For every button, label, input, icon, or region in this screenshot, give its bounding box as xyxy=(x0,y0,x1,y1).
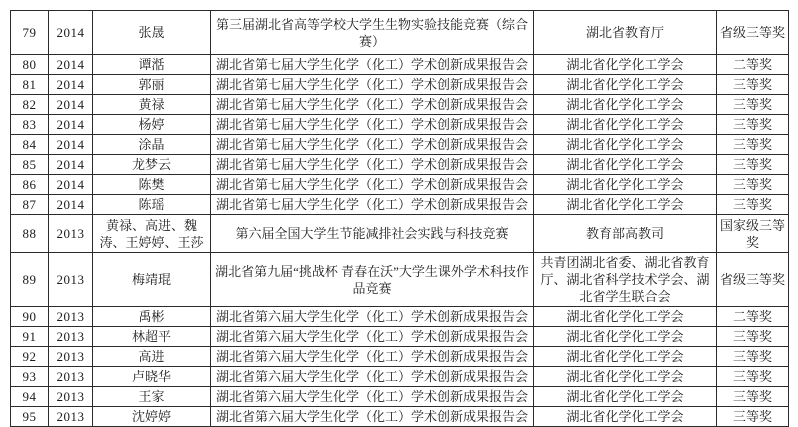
cell-no: 92 xyxy=(11,347,49,367)
table-row: 942013王家湖北省第六届大学生化学（化工）学术创新成果报告会湖北省化学化工学… xyxy=(11,387,789,407)
table-row: 932013卢晓华湖北省第六届大学生化学（化工）学术创新成果报告会湖北省化学化工… xyxy=(11,367,789,387)
cell-organizer: 湖北省化学化工学会 xyxy=(534,387,717,407)
cell-organizer: 湖北省化学化工学会 xyxy=(534,155,717,175)
cell-competition: 湖北省第六届大学生化学（化工）学术创新成果报告会 xyxy=(211,407,534,420)
cell-competition: 湖北省第七届大学生化学（化工）学术创新成果报告会 xyxy=(211,75,534,95)
cell-no: 91 xyxy=(11,327,49,347)
cell-no: 81 xyxy=(11,75,49,95)
cell-organizer: 湖北省化学化工学会 xyxy=(534,115,717,135)
table-row: 902013禹彬湖北省第六届大学生化学（化工）学术创新成果报告会湖北省化学化工学… xyxy=(11,307,789,327)
cell-award: 三等奖 xyxy=(717,327,789,347)
cell-year: 2014 xyxy=(49,195,93,215)
cell-award: 三等奖 xyxy=(717,75,789,95)
cell-competition: 湖北省第七届大学生化学（化工）学术创新成果报告会 xyxy=(211,155,534,175)
cell-competition: 湖北省第六届大学生化学（化工）学术创新成果报告会 xyxy=(211,367,534,387)
table-row: 822014黄禄湖北省第七届大学生化学（化工）学术创新成果报告会湖北省化学化工学… xyxy=(11,95,789,115)
cell-organizer: 湖北省化学化工学会 xyxy=(534,367,717,387)
cell-competition: 湖北省第七届大学生化学（化工）学术创新成果报告会 xyxy=(211,195,534,215)
cell-no: 83 xyxy=(11,115,49,135)
cell-award: 国家级三等奖 xyxy=(717,215,789,253)
cell-no: 80 xyxy=(11,55,49,75)
cell-award: 省级三等奖 xyxy=(717,11,789,55)
cell-competition: 湖北省第六届大学生化学（化工）学术创新成果报告会 xyxy=(211,327,534,347)
cell-no: 82 xyxy=(11,95,49,115)
cell-award: 三等奖 xyxy=(717,115,789,135)
cell-competition: 湖北省第七届大学生化学（化工）学术创新成果报告会 xyxy=(211,55,534,75)
cell-no: 84 xyxy=(11,135,49,155)
cell-year: 2013 xyxy=(49,347,93,367)
cell-organizer: 湖北省化学化工学会 xyxy=(534,327,717,347)
cell-competition: 湖北省第七届大学生化学（化工）学术创新成果报告会 xyxy=(211,175,534,195)
cell-organizer: 湖北省化学化工学会 xyxy=(534,347,717,367)
cell-competition: 湖北省第六届大学生化学（化工）学术创新成果报告会 xyxy=(211,307,534,327)
awards-table-body: 792014张晟第三届湖北省高等学校大学生生物实验技能竞赛（综合赛）湖北省教育厅… xyxy=(11,11,789,420)
cell-award: 省级三等奖 xyxy=(717,253,789,307)
cell-award: 三等奖 xyxy=(717,387,789,407)
cell-organizer: 湖北省教育厅 xyxy=(534,11,717,55)
cell-award: 三等奖 xyxy=(717,175,789,195)
cell-name: 郭丽 xyxy=(93,75,211,95)
cell-organizer: 湖北省化学化工学会 xyxy=(534,175,717,195)
cell-organizer: 共青团湖北省委、湖北省教育厅、湖北省科学技术学会、湖北省学生联合会 xyxy=(534,253,717,307)
table-row: 852014龙梦云湖北省第七届大学生化学（化工）学术创新成果报告会湖北省化学化工… xyxy=(11,155,789,175)
cell-year: 2013 xyxy=(49,307,93,327)
cell-no: 95 xyxy=(11,407,49,420)
cell-award: 三等奖 xyxy=(717,155,789,175)
cell-name: 林超平 xyxy=(93,327,211,347)
cell-year: 2013 xyxy=(49,215,93,253)
cell-no: 93 xyxy=(11,367,49,387)
cell-organizer: 湖北省化学化工学会 xyxy=(534,135,717,155)
cell-no: 89 xyxy=(11,253,49,307)
table-row: 802014谭湉湖北省第七届大学生化学（化工）学术创新成果报告会湖北省化学化工学… xyxy=(11,55,789,75)
cell-no: 79 xyxy=(11,11,49,55)
cell-name: 禹彬 xyxy=(93,307,211,327)
cell-year: 2014 xyxy=(49,95,93,115)
cell-award: 三等奖 xyxy=(717,347,789,367)
cell-year: 2014 xyxy=(49,135,93,155)
cell-name: 陈瑶 xyxy=(93,195,211,215)
cell-award: 三等奖 xyxy=(717,195,789,215)
cell-competition: 湖北省第九届“挑战杯 青春在沃”大学生课外学术科技作品竞赛 xyxy=(211,253,534,307)
cell-award: 三等奖 xyxy=(717,407,789,420)
cell-award: 二等奖 xyxy=(717,307,789,327)
table-row: 952013沈婷婷湖北省第六届大学生化学（化工）学术创新成果报告会湖北省化学化工… xyxy=(11,407,789,420)
cell-competition: 第三届湖北省高等学校大学生生物实验技能竞赛（综合赛） xyxy=(211,11,534,55)
cell-name: 黄禄、高进、魏涛、王婷婷、王莎 xyxy=(93,215,211,253)
cell-name: 杨婷 xyxy=(93,115,211,135)
cell-year: 2013 xyxy=(49,253,93,307)
table-row: 812014郭丽湖北省第七届大学生化学（化工）学术创新成果报告会湖北省化学化工学… xyxy=(11,75,789,95)
document-page: 792014张晟第三届湖北省高等学校大学生生物实验技能竞赛（综合赛）湖北省教育厅… xyxy=(10,10,790,419)
cell-year: 2014 xyxy=(49,55,93,75)
cell-name: 高进 xyxy=(93,347,211,367)
cell-competition: 湖北省第七届大学生化学（化工）学术创新成果报告会 xyxy=(211,115,534,135)
cell-award: 三等奖 xyxy=(717,135,789,155)
cell-organizer: 湖北省化学化工学会 xyxy=(534,307,717,327)
cell-year: 2013 xyxy=(49,367,93,387)
cell-name: 陈樊 xyxy=(93,175,211,195)
cell-award: 二等奖 xyxy=(717,55,789,75)
cell-name: 卢晓华 xyxy=(93,367,211,387)
table-row: 872014陈瑶湖北省第七届大学生化学（化工）学术创新成果报告会湖北省化学化工学… xyxy=(11,195,789,215)
cell-organizer: 湖北省化学化工学会 xyxy=(534,55,717,75)
cell-year: 2013 xyxy=(49,327,93,347)
cell-no: 94 xyxy=(11,387,49,407)
cell-year: 2013 xyxy=(49,407,93,420)
cell-name: 涂晶 xyxy=(93,135,211,155)
cell-competition: 湖北省第七届大学生化学（化工）学术创新成果报告会 xyxy=(211,135,534,155)
cell-name: 张晟 xyxy=(93,11,211,55)
cell-competition: 湖北省第六届大学生化学（化工）学术创新成果报告会 xyxy=(211,387,534,407)
cell-no: 86 xyxy=(11,175,49,195)
cell-name: 黄禄 xyxy=(93,95,211,115)
cell-year: 2014 xyxy=(49,175,93,195)
cell-year: 2014 xyxy=(49,11,93,55)
cell-name: 龙梦云 xyxy=(93,155,211,175)
cell-organizer: 湖北省化学化工学会 xyxy=(534,195,717,215)
cell-year: 2014 xyxy=(49,75,93,95)
cell-organizer: 湖北省化学化工学会 xyxy=(534,95,717,115)
table-row: 862014陈樊湖北省第七届大学生化学（化工）学术创新成果报告会湖北省化学化工学… xyxy=(11,175,789,195)
cell-name: 梅靖琨 xyxy=(93,253,211,307)
cell-competition: 湖北省第七届大学生化学（化工）学术创新成果报告会 xyxy=(211,95,534,115)
cell-name: 谭湉 xyxy=(93,55,211,75)
table-row: 912013林超平湖北省第六届大学生化学（化工）学术创新成果报告会湖北省化学化工… xyxy=(11,327,789,347)
cell-award: 三等奖 xyxy=(717,95,789,115)
cell-no: 88 xyxy=(11,215,49,253)
table-row: 792014张晟第三届湖北省高等学校大学生生物实验技能竞赛（综合赛）湖北省教育厅… xyxy=(11,11,789,55)
cell-competition: 湖北省第六届大学生化学（化工）学术创新成果报告会 xyxy=(211,347,534,367)
cell-no: 87 xyxy=(11,195,49,215)
table-row: 922013高进湖北省第六届大学生化学（化工）学术创新成果报告会湖北省化学化工学… xyxy=(11,347,789,367)
table-row: 882013黄禄、高进、魏涛、王婷婷、王莎第六届全国大学生节能减排社会实践与科技… xyxy=(11,215,789,253)
table-row: 832014杨婷湖北省第七届大学生化学（化工）学术创新成果报告会湖北省化学化工学… xyxy=(11,115,789,135)
cell-year: 2014 xyxy=(49,155,93,175)
cell-no: 90 xyxy=(11,307,49,327)
cell-award: 三等奖 xyxy=(717,367,789,387)
cell-organizer: 教育部高教司 xyxy=(534,215,717,253)
cell-organizer: 湖北省化学化工学会 xyxy=(534,75,717,95)
table-row: 842014涂晶湖北省第七届大学生化学（化工）学术创新成果报告会湖北省化学化工学… xyxy=(11,135,789,155)
awards-table: 792014张晟第三届湖北省高等学校大学生生物实验技能竞赛（综合赛）湖北省教育厅… xyxy=(10,10,789,419)
cell-no: 85 xyxy=(11,155,49,175)
cell-name: 沈婷婷 xyxy=(93,407,211,420)
cell-year: 2014 xyxy=(49,115,93,135)
cell-competition: 第六届全国大学生节能减排社会实践与科技竞赛 xyxy=(211,215,534,253)
cell-organizer: 湖北省化学化工学会 xyxy=(534,407,717,420)
table-row: 892013梅靖琨湖北省第九届“挑战杯 青春在沃”大学生课外学术科技作品竞赛共青… xyxy=(11,253,789,307)
cell-year: 2013 xyxy=(49,387,93,407)
cell-name: 王家 xyxy=(93,387,211,407)
